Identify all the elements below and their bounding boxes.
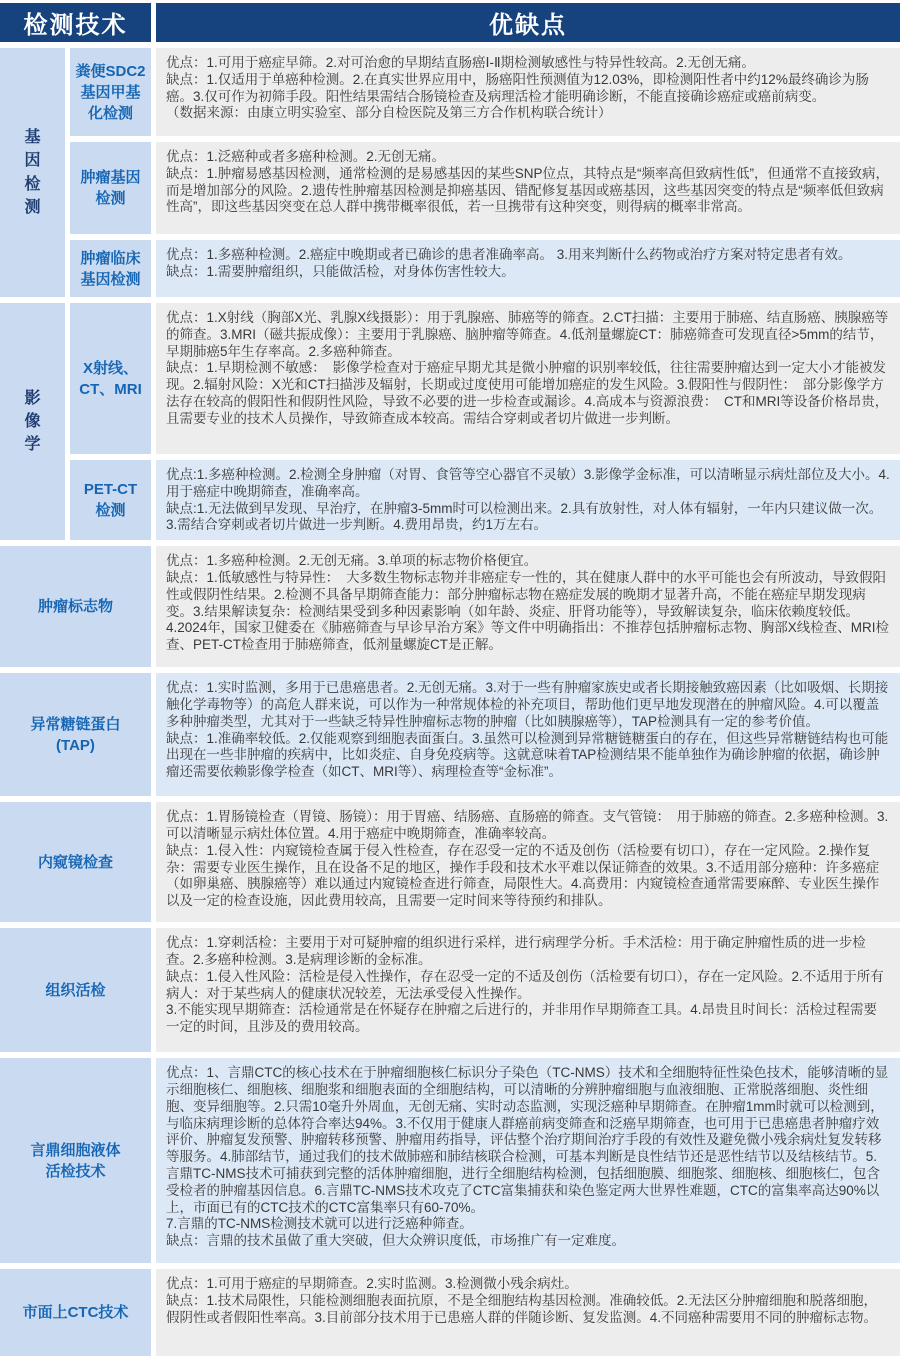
row-label: 肿瘤标志物 xyxy=(0,546,151,667)
table-row: 肿瘤基因 检测优点：1.泛癌种或者多癌种检测。2.无创无痛。缺点：1.肿瘤易感基… xyxy=(70,142,900,234)
row-label: 内窥镜检查 xyxy=(0,802,151,922)
table-row: 异常糖链蛋白 (TAP)优点：1.实时监测，多用于已患癌患者。2.无创无痛。3.… xyxy=(0,673,900,796)
section-3: 异常糖链蛋白 (TAP)优点：1.实时监测，多用于已患癌患者。2.无创无痛。3.… xyxy=(0,673,900,796)
section-1: 影 像 学X射线、 CT、MRI优点：1.X射线（胸部X光、乳腺X线摄影）：用于… xyxy=(0,303,900,540)
table-row: 肿瘤临床 基因检测优点：1.多癌种检测。2.癌症中晚期或者已确诊的患者准确率高。… xyxy=(70,240,900,297)
section-rows: X射线、 CT、MRI优点：1.X射线（胸部X光、乳腺X线摄影）：用于乳腺癌、肺… xyxy=(70,303,900,540)
section-rows: 异常糖链蛋白 (TAP)优点：1.实时监测，多用于已患癌患者。2.无创无痛。3.… xyxy=(0,673,900,796)
table-row: 市面上CTC技术优点：1.可用于癌症的早期筛查。2.实时监测。3.检测微小残余病… xyxy=(0,1269,900,1356)
content-paragraph: 优点：1.泛癌种或者多癌种检测。2.无创无痛。 xyxy=(166,149,890,166)
content-paragraph: 优点：1.穿刺活检：主要用于对可疑肿瘤的组织进行采样，进行病理学分析。手术活检：… xyxy=(166,935,890,969)
row-content: 优点：1.X射线（胸部X光、乳腺X线摄影）：用于乳腺癌、肺癌等的筛查。2.CT扫… xyxy=(156,303,900,454)
table-row: 粪便SDC2 基因甲基 化检测优点：1.可用于癌症早筛。2.对可治愈的早期结直肠… xyxy=(70,48,900,136)
content-paragraph: 3.不能实现早期筛查：活检通常是在怀疑存在肿瘤之后进行的，并非用作早期筛查工具。… xyxy=(166,1002,890,1036)
content-paragraph: 优点：1.可用于癌症的早期筛查。2.实时监测。3.检测微小残余病灶。 xyxy=(166,1276,890,1293)
row-label: 粪便SDC2 基因甲基 化检测 xyxy=(70,48,151,136)
content-paragraph: 缺点：1.低敏感性与特异性： 大多数生物标志物并非癌症专一性的，其在健康人群中的… xyxy=(166,570,890,654)
content-paragraph: 优点：1.胃肠镜检查（胃镜、肠镜）：用于胃癌、结肠癌、直肠癌的筛查。支气管镜： … xyxy=(166,809,890,843)
content-paragraph: 优点：1.多癌种检测。2.癌症中晚期或者已确诊的患者准确率高。 3.用来判断什么… xyxy=(166,247,890,264)
row-content: 优点：1.穿刺活检：主要用于对可疑肿瘤的组织进行采样，进行病理学分析。手术活检：… xyxy=(156,928,900,1052)
row-label: X射线、 CT、MRI xyxy=(70,303,151,454)
section-rows: 内窥镜检查优点：1.胃肠镜检查（胃镜、肠镜）：用于胃癌、结肠癌、直肠癌的筛查。支… xyxy=(0,802,900,922)
content-paragraph: 优点：1.X射线（胸部X光、乳腺X线摄影）：用于乳腺癌、肺癌等的筛查。2.CT扫… xyxy=(166,310,890,360)
table-row: 组织活检优点：1.穿刺活检：主要用于对可疑肿瘤的组织进行采样，进行病理学分析。手… xyxy=(0,928,900,1052)
row-label: 异常糖链蛋白 (TAP) xyxy=(0,673,151,796)
row-content: 优点：1.多癌种检测。2.无创无痛。3.单项的标志物价格便宜。缺点：1.低敏感性… xyxy=(156,546,900,667)
section-2: 肿瘤标志物优点：1.多癌种检测。2.无创无痛。3.单项的标志物价格便宜。缺点：1… xyxy=(0,546,900,667)
content-paragraph: 7.言鼎的TC-NMS检测技术就可以进行泛癌种筛查。 xyxy=(166,1216,890,1233)
category-cell: 基 因 检 测 xyxy=(0,48,65,297)
row-content: 优点:1.多癌种检测。2.检测全身肿瘤（对胃、食管等空心器官不灵敏）3.影像学金… xyxy=(156,460,900,540)
content-paragraph: 缺点：1.肿瘤易感基因检测，通常检测的是易感基因的某些SNP位点，其特点是“频率… xyxy=(166,166,890,216)
section-6: 言鼎细胞液体 活检技术优点：1、言鼎CTC的核心技术在于肿瘤细胞核仁标识分子染色… xyxy=(0,1058,900,1263)
content-paragraph: 优点：1.实时监测，多用于已患癌患者。2.无创无痛。3.对于一些有肿瘤家族史或者… xyxy=(166,680,890,730)
section-rows: 肿瘤标志物优点：1.多癌种检测。2.无创无痛。3.单项的标志物价格便宜。缺点：1… xyxy=(0,546,900,667)
row-content: 优点：1.胃肠镜检查（胃镜、肠镜）：用于胃癌、结肠癌、直肠癌的筛查。支气管镜： … xyxy=(156,802,900,922)
content-paragraph: （数据来源：由康立明实验室、部分自检医院及第三方合作机构联合统计） xyxy=(166,105,890,122)
row-content: 优点：1.可用于癌症早筛。2.对可治愈的早期结直肠癌Ⅰ-Ⅱ期检测敏感性与特异性较… xyxy=(156,48,900,136)
table-row: 内窥镜检查优点：1.胃肠镜检查（胃镜、肠镜）：用于胃癌、结肠癌、直肠癌的筛查。支… xyxy=(0,802,900,922)
section-rows: 言鼎细胞液体 活检技术优点：1、言鼎CTC的核心技术在于肿瘤细胞核仁标识分子染色… xyxy=(0,1058,900,1263)
content-paragraph: 缺点：1.侵入性：内窥镜检查属于侵入性检查，存在忍受一定的不适及创伤（活检要有切… xyxy=(166,843,890,910)
table-row: 言鼎细胞液体 活检技术优点：1、言鼎CTC的核心技术在于肿瘤细胞核仁标识分子染色… xyxy=(0,1058,900,1263)
header-cell-pros-cons: 优缺点 xyxy=(156,3,900,42)
row-label: 组织活检 xyxy=(0,928,151,1052)
row-label: 市面上CTC技术 xyxy=(0,1269,151,1356)
row-label: 肿瘤临床 基因检测 xyxy=(70,240,151,297)
table-body: 基 因 检 测粪便SDC2 基因甲基 化检测优点：1.可用于癌症早筛。2.对可治… xyxy=(0,48,900,1356)
section-rows: 市面上CTC技术优点：1.可用于癌症的早期筛查。2.实时监测。3.检测微小残余病… xyxy=(0,1269,900,1356)
row-content: 优点：1.泛癌种或者多癌种检测。2.无创无痛。缺点：1.肿瘤易感基因检测，通常检… xyxy=(156,142,900,234)
row-label: PET-CT 检测 xyxy=(70,460,151,540)
section-7: 市面上CTC技术优点：1.可用于癌症的早期筛查。2.实时监测。3.检测微小残余病… xyxy=(0,1269,900,1356)
content-paragraph: 优点：1.可用于癌症早筛。2.对可治愈的早期结直肠癌Ⅰ-Ⅱ期检测敏感性与特异性较… xyxy=(166,55,890,72)
section-rows: 粪便SDC2 基因甲基 化检测优点：1.可用于癌症早筛。2.对可治愈的早期结直肠… xyxy=(70,48,900,297)
header-cell-detection-tech: 检测技术 xyxy=(0,3,151,42)
content-paragraph: 优点:1.多癌种检测。2.检测全身肿瘤（对胃、食管等空心器官不灵敏）3.影像学金… xyxy=(166,467,890,501)
section-rows: 组织活检优点：1.穿刺活检：主要用于对可疑肿瘤的组织进行采样，进行病理学分析。手… xyxy=(0,928,900,1052)
content-paragraph: 缺点：1.准确率较低。2.仅能观察到细胞表面蛋白。3.虽然可以检测到异常糖链糖蛋… xyxy=(166,731,890,781)
table-row: 肿瘤标志物优点：1.多癌种检测。2.无创无痛。3.单项的标志物价格便宜。缺点：1… xyxy=(0,546,900,667)
section-4: 内窥镜检查优点：1.胃肠镜检查（胃镜、肠镜）：用于胃癌、结肠癌、直肠癌的筛查。支… xyxy=(0,802,900,922)
row-content: 优点：1.多癌种检测。2.癌症中晚期或者已确诊的患者准确率高。 3.用来判断什么… xyxy=(156,240,900,297)
content-paragraph: 缺点：1.侵入性风险：活检是侵入性操作，存在忍受一定的不适及创伤（活检要有切口）… xyxy=(166,969,890,1003)
row-label: 肿瘤基因 检测 xyxy=(70,142,151,234)
comparison-table: 检测技术 优缺点 基 因 检 测粪便SDC2 基因甲基 化检测优点：1.可用于癌… xyxy=(0,0,900,1356)
content-paragraph: 优点：1.多癌种检测。2.无创无痛。3.单项的标志物价格便宜。 xyxy=(166,553,890,570)
category-cell: 影 像 学 xyxy=(0,303,65,540)
content-paragraph: 缺点：1.需要肿瘤组织，只能做活检，对身体伤害性较大。 xyxy=(166,264,890,281)
table-header: 检测技术 优缺点 xyxy=(0,3,900,42)
row-content: 优点：1、言鼎CTC的核心技术在于肿瘤细胞核仁标识分子染色（TC-NMS）技术和… xyxy=(156,1058,900,1263)
table-row: PET-CT 检测优点:1.多癌种检测。2.检测全身肿瘤（对胃、食管等空心器官不… xyxy=(70,460,900,540)
content-paragraph: 缺点：1.仅适用于单癌种检测。2.在真实世界应用中，肠癌阳性预测值为12.03%… xyxy=(166,72,890,106)
content-paragraph: 优点：1、言鼎CTC的核心技术在于肿瘤细胞核仁标识分子染色（TC-NMS）技术和… xyxy=(166,1065,890,1216)
section-0: 基 因 检 测粪便SDC2 基因甲基 化检测优点：1.可用于癌症早筛。2.对可治… xyxy=(0,48,900,297)
section-5: 组织活检优点：1.穿刺活检：主要用于对可疑肿瘤的组织进行采样，进行病理学分析。手… xyxy=(0,928,900,1052)
content-paragraph: 缺点：言鼎的技术虽做了重大突破，但大众辨识度低，市场推广有一定难度。 xyxy=(166,1233,890,1250)
content-paragraph: 缺点：1.技术局限性，只能检测细胞表面抗原，不是全细胞结构基因检测。准确较低。2… xyxy=(166,1293,890,1327)
row-content: 优点：1.实时监测，多用于已患癌患者。2.无创无痛。3.对于一些有肿瘤家族史或者… xyxy=(156,673,900,796)
row-content: 优点：1.可用于癌症的早期筛查。2.实时监测。3.检测微小残余病灶。缺点：1.技… xyxy=(156,1269,900,1356)
content-paragraph: 缺点:1.无法做到早发现、早治疗，在肿瘤3-5mm时可以检测出来。2.具有放射性… xyxy=(166,501,890,535)
table-row: X射线、 CT、MRI优点：1.X射线（胸部X光、乳腺X线摄影）：用于乳腺癌、肺… xyxy=(70,303,900,454)
content-paragraph: 缺点：1.早期检测不敏感： 影像学检查对于癌症早期尤其是微小肿瘤的识别率较低，往… xyxy=(166,360,890,427)
row-label: 言鼎细胞液体 活检技术 xyxy=(0,1058,151,1263)
